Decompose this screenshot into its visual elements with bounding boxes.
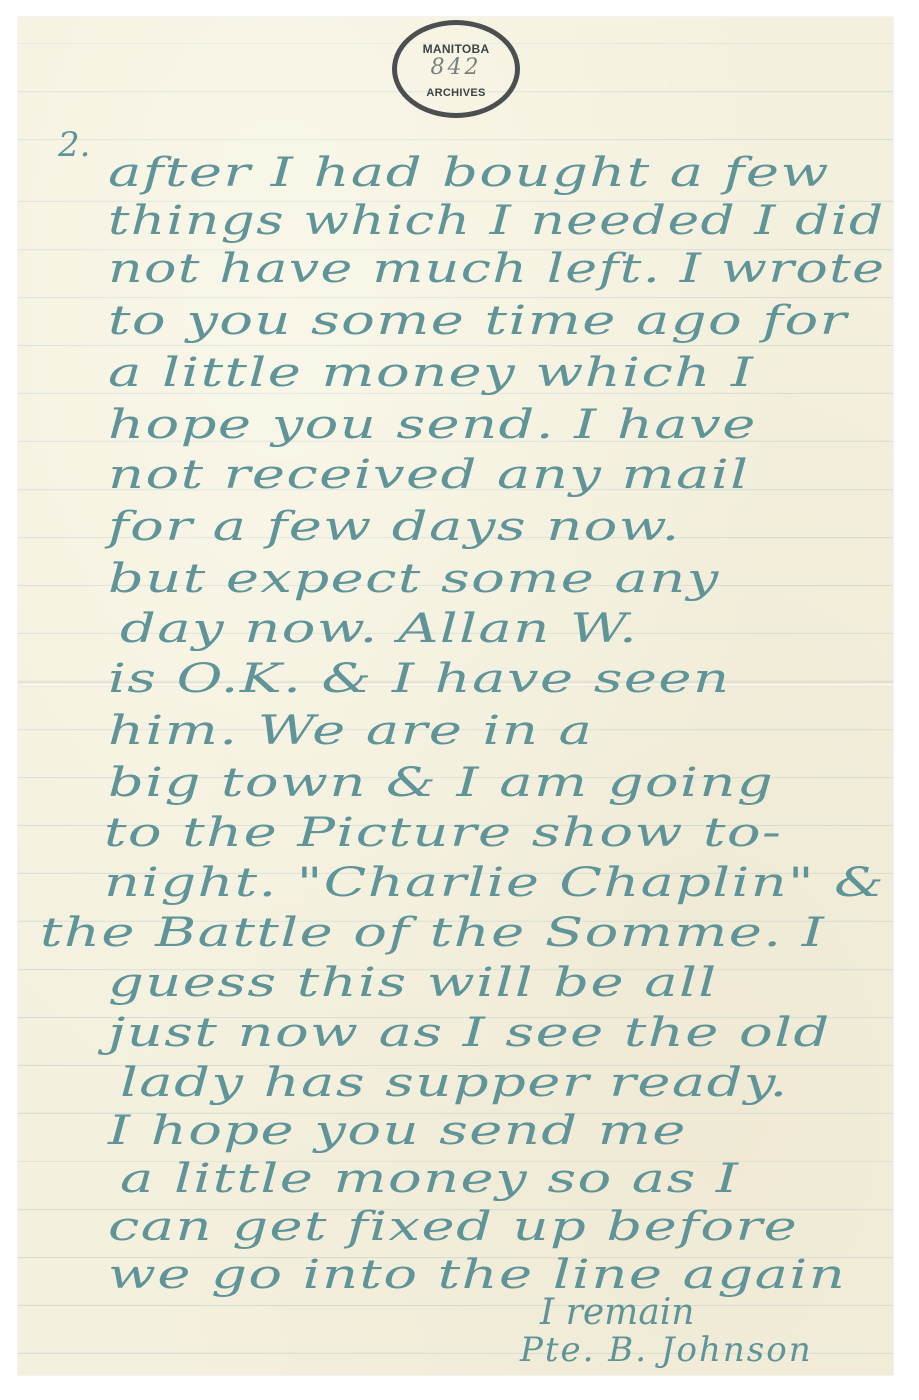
letter-line: night. "Charlie Chaplin" & bbox=[104, 860, 885, 906]
archive-stamp: MANITOBA 842 ARCHIVES bbox=[392, 20, 520, 118]
letter-line: lady has supper ready. bbox=[120, 1060, 789, 1106]
letter-line: not received any mail bbox=[108, 452, 749, 498]
letter-line: after I had bought a few bbox=[108, 150, 830, 196]
letter-line: guess this will be all bbox=[108, 960, 718, 1006]
stamp-top-text: MANITOBA bbox=[397, 42, 515, 56]
letter-line: day now. Allan W. bbox=[120, 606, 638, 652]
stamp-bottom-text: ARCHIVES bbox=[397, 87, 515, 99]
letter-line: just now as I see the old bbox=[108, 1010, 831, 1056]
letter-signature: Pte. B. Johnson bbox=[520, 1330, 813, 1370]
letter-line: him. We are in a bbox=[108, 708, 593, 754]
letter-line: big town & I am going bbox=[108, 760, 774, 806]
letter-line: to the Picture show to- bbox=[104, 810, 782, 856]
letter-line: not have much left. I wrote bbox=[108, 246, 885, 292]
stamp-number: 842 bbox=[397, 55, 515, 80]
letter-line: hope you send. I have bbox=[108, 402, 757, 448]
letter-closing: I remain bbox=[540, 1292, 694, 1333]
letter-line: a little money so as I bbox=[120, 1156, 739, 1202]
letter-line: a little money which I bbox=[108, 350, 754, 396]
page-number: 2. bbox=[58, 125, 90, 165]
letter-line: for a few days now. bbox=[108, 504, 681, 550]
letter-line: to you some time ago for bbox=[108, 298, 848, 344]
letter-line: can get fixed up before bbox=[108, 1204, 798, 1250]
letter-line: we go into the line again bbox=[108, 1252, 846, 1298]
letter-line: things which I needed I did bbox=[108, 198, 885, 244]
letter-line: but expect some any bbox=[108, 556, 720, 602]
letter-line: is O.K. & I have seen bbox=[108, 656, 730, 702]
letter-line: the Battle of the Somme. I bbox=[40, 910, 825, 956]
letter-line: I hope you send me bbox=[108, 1108, 687, 1154]
